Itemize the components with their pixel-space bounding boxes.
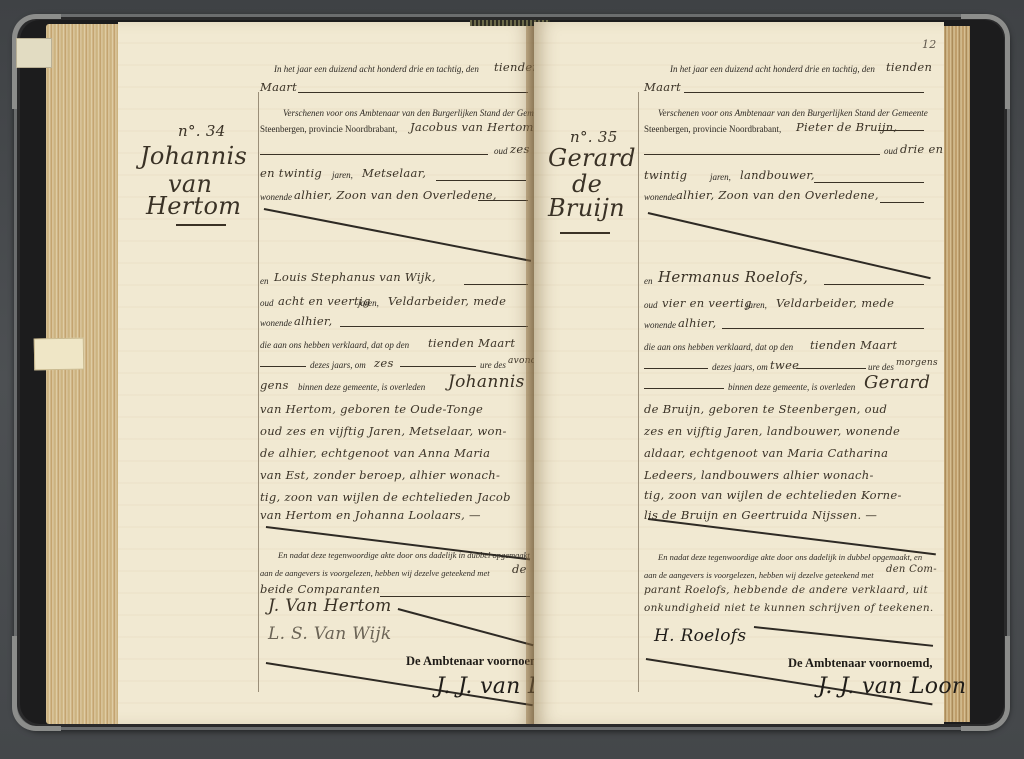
- fill-line: [644, 368, 708, 369]
- handwritten-line: lis de Bruijn en Geertruida Nijssen. —: [644, 508, 877, 522]
- body-line: en: [260, 276, 269, 286]
- fill-line: [340, 326, 528, 327]
- body-line: Steenbergen, provincie Noordbrabant,: [644, 124, 781, 134]
- body-line: Verschenen voor ons Ambtenaar van den Bu…: [283, 108, 553, 118]
- handwritten-field: alhier,: [294, 314, 332, 328]
- body-line: binnen deze gemeente, is overleden: [728, 382, 855, 392]
- margin-name-3: Hertom: [146, 192, 241, 220]
- fill-line: [796, 368, 866, 369]
- closing-line: En nadat deze tegenwoordige akte door on…: [278, 550, 530, 560]
- handwritten-field: twintig: [644, 168, 687, 182]
- handwritten-field: Veldarbeider, mede: [776, 296, 894, 310]
- body-line: oud: [644, 300, 658, 310]
- handwritten-line: van Est, zonder beroep, alhier wonach-: [260, 468, 500, 482]
- closing-line: aan de aangevers is voorgelezen, hebben …: [260, 568, 490, 578]
- closing-line: En nadat deze tegenwoordige akte door on…: [658, 552, 922, 562]
- handwritten-line: tig, zoon van wijlen de echtelieden Jaco…: [260, 490, 511, 504]
- fill-line: [684, 92, 924, 93]
- handwritten-field: Maart: [644, 80, 681, 94]
- fill-line: [260, 154, 488, 155]
- fill-line: [478, 200, 528, 201]
- handwritten-field: Louis Stephanus van Wijk,: [274, 270, 436, 284]
- body-line: wonende: [260, 192, 292, 202]
- body-line: jaren,: [358, 298, 379, 308]
- fill-line: [880, 202, 924, 203]
- body-line: die aan ons hebben verklaard, dat op den: [644, 342, 793, 352]
- signature-declarant-1: H. Roelofs: [654, 626, 746, 646]
- margin-name-1: Johannis: [140, 142, 247, 170]
- handwritten-field: tienden Maart: [810, 338, 897, 352]
- margin-underline: [176, 224, 226, 226]
- body-line: oud: [494, 146, 508, 156]
- handwritten-field: landbouwer,: [740, 168, 815, 182]
- paper-bookmark: [34, 338, 85, 371]
- body-line: dezes jaars, om: [310, 360, 366, 370]
- handwritten-line: van Hertom en Johanna Loolaars, —: [260, 508, 481, 522]
- handwritten-line: Ledeers, landbouwers alhier wonach-: [644, 468, 874, 482]
- body-line: dezes jaars, om: [712, 362, 768, 372]
- body-line: ure des: [868, 362, 894, 372]
- body-line: jaren,: [710, 172, 731, 182]
- body-line: oud: [260, 298, 274, 308]
- deceased-name: Gerard: [864, 372, 930, 393]
- fill-line: [644, 154, 880, 155]
- strike-through-line: [754, 626, 933, 646]
- body-line: ure des: [480, 360, 506, 370]
- margin-name-3: Bruijn: [548, 194, 625, 222]
- fill-line: [260, 366, 306, 367]
- handwritten-field: Maart: [260, 80, 297, 94]
- handwritten-field: Pieter de Bruijn,: [796, 120, 897, 134]
- handwritten-field: morgens: [896, 358, 938, 368]
- signature-official: J. J. van Loon: [818, 674, 966, 699]
- handwritten-line: zes en vijftig Jaren, landbouwer, wonend…: [644, 424, 900, 438]
- handwritten-field: zes: [374, 356, 394, 370]
- margin-rule: [638, 92, 639, 692]
- body-line: In het jaar een duizend acht honderd dri…: [274, 64, 479, 74]
- handwritten-field: parant Roelofs, hebbende de andere verkl…: [644, 584, 928, 596]
- body-line: Steenbergen, provincie Noordbrabant,: [260, 124, 397, 134]
- body-line: oud: [884, 146, 898, 156]
- handwritten-field: drie en: [900, 142, 943, 156]
- body-line: binnen deze gemeente, is overleden: [298, 382, 425, 392]
- body-line: die aan ons hebben verklaard, dat op den: [260, 340, 409, 350]
- fill-line: [436, 180, 526, 181]
- handwritten-field: tienden: [886, 60, 932, 74]
- handwritten-line: aldaar, echtgenoot van Maria Catharina: [644, 446, 888, 460]
- strike-through-line: [264, 208, 531, 261]
- handwritten-line: tig, zoon van wijlen de echtelieden Korn…: [644, 488, 902, 502]
- signature-declarant-2: L. S. Van Wijk: [268, 624, 392, 644]
- handwritten-field: twee: [770, 358, 799, 372]
- signature-declarant-1: J. Van Hertom: [268, 596, 392, 616]
- handwritten-field: beide Comparanten: [260, 582, 380, 596]
- handwritten-field: acht en veertig: [278, 294, 371, 308]
- record-number: n°. 34: [178, 122, 226, 140]
- body-line: jaren,: [332, 170, 353, 180]
- cover-tab: [16, 38, 52, 68]
- handwritten-line: oud zes en vijftig Jaren, Metselaar, won…: [260, 424, 507, 438]
- handwritten-field: Veldarbeider, mede: [388, 294, 506, 308]
- fill-line: [824, 284, 924, 285]
- body-line: wonende: [644, 192, 676, 202]
- handwritten-field: de: [512, 562, 527, 576]
- fill-line: [814, 182, 924, 183]
- handwritten-line: de Bruijn, geboren te Steenbergen, oud: [644, 402, 887, 416]
- closing-line: aan de aangevers is voorgelezen, hebben …: [644, 570, 874, 580]
- handwritten-field: Jacobus van Hertom,: [410, 120, 538, 134]
- margin-rule: [258, 92, 259, 692]
- page-number: 12: [922, 38, 937, 51]
- handwritten-field: alhier, Zoon van den Overledene,: [294, 188, 497, 202]
- fill-line: [464, 284, 528, 285]
- strike-through-line: [398, 608, 534, 646]
- body-line: wonende: [644, 320, 676, 330]
- fill-line: [298, 92, 528, 93]
- handwritten-field: onkundigheid niet te kunnen schrijven of…: [644, 602, 934, 614]
- handwritten-field: Hermanus Roelofs,: [658, 268, 808, 286]
- body-line: jaren,: [746, 300, 767, 310]
- handwritten-field: gens: [260, 378, 289, 392]
- strike-through-line: [648, 518, 936, 555]
- margin-name-1: Gerard: [548, 144, 636, 172]
- body-line: en: [644, 276, 653, 286]
- deceased-name: Johannis: [448, 372, 525, 392]
- body-line: wonende: [260, 318, 292, 328]
- handwritten-field: vier en veertig: [662, 296, 752, 310]
- page-stack-right: [940, 26, 970, 722]
- fill-line: [722, 328, 924, 329]
- body-line: Verschenen voor ons Ambtenaar van den Bu…: [658, 108, 928, 118]
- fill-line: [380, 596, 530, 597]
- handwritten-field: en twintig: [260, 166, 322, 180]
- handwritten-field: alhier,: [678, 316, 716, 330]
- body-line: In het jaar een duizend acht honderd dri…: [670, 64, 875, 74]
- handwritten-field: tienden Maart: [428, 336, 515, 350]
- handwritten-field: den Com-: [886, 564, 937, 575]
- left-page: n°. 34 Johannis van Hertom In het jaar e…: [118, 22, 534, 724]
- fill-line: [878, 130, 924, 131]
- fill-line: [644, 388, 724, 389]
- margin-underline: [560, 232, 610, 234]
- fill-line: [400, 366, 476, 367]
- handwritten-field: Metselaar,: [362, 166, 426, 180]
- official-title: De Ambtenaar voornoemd,: [788, 656, 933, 671]
- handwritten-line: van Hertom, geboren te Oude-Tonge: [260, 402, 483, 416]
- handwritten-line: de alhier, echtgenoot van Anna Maria: [260, 446, 490, 460]
- right-page: 12 n°. 35 Gerard de Bruijn In het jaar e…: [534, 22, 944, 724]
- handwritten-field: alhier, Zoon van den Overledene,: [676, 188, 879, 202]
